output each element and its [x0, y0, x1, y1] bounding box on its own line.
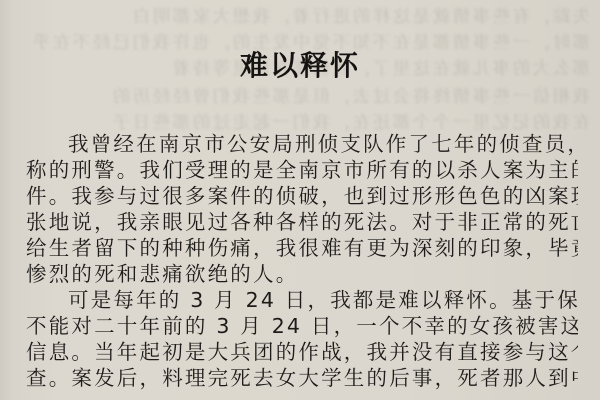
chapter-title: 难以释怀 — [0, 44, 600, 84]
text-line: 信息。当年起初是大兵团的作战，我并没有直接参与这个案子的侦 — [26, 339, 578, 365]
text-line: 不能对二十年前的 3 月 24 日，一个不幸的女孩被害这件事透露什么 — [26, 313, 578, 339]
bleed-through-text: 我相信一些事情终将会过去，但是那些我们曾经经历的 — [30, 82, 590, 107]
bleed-through-text: 失踪，有些事情就是这样的进行着，我想大家都明白 — [30, 2, 590, 27]
paragraph-2: 可是每年的 3 月 24 日，我都是难以释怀。基于保密的要求，我 不能对二十年前… — [26, 287, 578, 391]
text-line: 给生者留下的种种伤痛，我很难有更为深刻的印象，毕竟见的太多了 — [26, 235, 578, 261]
chapter-body: 我曾经在南京市公安局刑侦支队作了七年的侦查员，也就是通 称的刑警。我们受理的是全… — [26, 131, 578, 391]
text-line: 称的刑警。我们受理的是全南京市所有的以杀人案为主的恶性案 — [26, 157, 578, 183]
text-line: 惨烈的死和悲痛欲绝的人。 — [26, 261, 578, 287]
text-line: 查。案发后，料理完死去女大学生的后事，死者那人到中年的父母带 — [26, 365, 578, 391]
bleed-through-text: 在我的记忆里一个个都还在，我们一起走过的那些日子 — [30, 108, 590, 133]
text-line: 张地说，我亲眼见过各种各样的死法。对于非正常的死亡、对于死者 — [26, 209, 578, 235]
paragraph-1: 我曾经在南京市公安局刑侦支队作了七年的侦查员，也就是通 称的刑警。我们受理的是全… — [26, 131, 578, 287]
book-page: 失踪，有些事情就是这样的进行着，我想大家都明白 那时，一些事情都是在不知不觉中发… — [0, 0, 600, 400]
text-line: 件。我参与过很多案件的侦破，也到过形形色色的凶案现场。不夸 — [26, 183, 578, 209]
text-line: 可是每年的 3 月 24 日，我都是难以释怀。基于保密的要求，我 — [26, 287, 578, 313]
text-line: 我曾经在南京市公安局刑侦支队作了七年的侦查员，也就是通 — [26, 131, 578, 157]
